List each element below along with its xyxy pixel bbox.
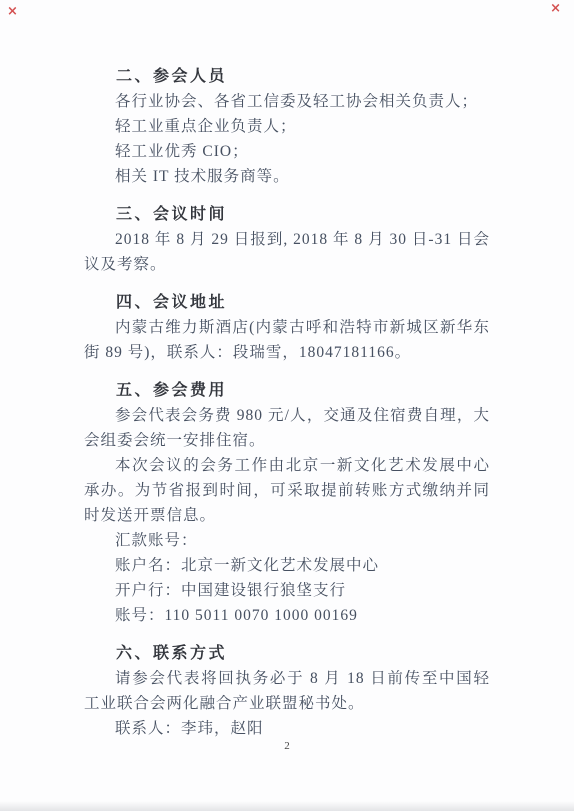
paragraph: 各行业协会、各省工信委及轻工协会相关负责人； (84, 89, 490, 114)
section-heading: 六、联系方式 (84, 641, 490, 666)
red-cross-mark-right: × (550, 2, 561, 15)
scan-shadow (0, 801, 574, 811)
section-heading: 三、会议时间 (84, 202, 490, 227)
paragraph: 开户行：中国建设银行狼垡支行 (84, 578, 490, 603)
paragraph: 本次会议的会务工作由北京一新文化艺术发展中心承办。为节省报到时间，可采取提前转账… (84, 453, 490, 528)
document-section: 三、会议时间2018 年 8 月 29 日报到, 2018 年 8 月 30 日… (84, 202, 490, 277)
document-body: 二、参会人员各行业协会、各省工信委及轻工协会相关负责人；轻工业重点企业负责人；轻… (84, 64, 490, 741)
section-heading: 五、参会费用 (84, 378, 490, 403)
paragraph: 参会代表会务费 980 元/人，交通及住宿费自理，大会组委会统一安排住宿。 (84, 403, 490, 453)
scanned-document-page: × × 二、参会人员各行业协会、各省工信委及轻工协会相关负责人；轻工业重点企业负… (0, 0, 574, 811)
paragraph: 汇款账号： (84, 528, 490, 553)
document-section: 二、参会人员各行业协会、各省工信委及轻工协会相关负责人；轻工业重点企业负责人；轻… (84, 64, 490, 189)
paragraph: 内蒙古维力斯酒店(内蒙古呼和浩特市新城区新华东街 89 号)，联系人：段瑞雪，1… (84, 315, 490, 365)
page-number: 2 (0, 740, 574, 752)
paragraph: 账户名：北京一新文化艺术发展中心 (84, 553, 490, 578)
section-heading: 二、参会人员 (84, 64, 490, 89)
paragraph: 联系人：李玮，赵阳 (84, 716, 490, 741)
paragraph: 2018 年 8 月 29 日报到, 2018 年 8 月 30 日-31 日会… (84, 227, 490, 277)
document-section: 六、联系方式请参会代表将回执务必于 8 月 18 日前传至中国轻工业联合会两化融… (84, 641, 490, 741)
paragraph: 请参会代表将回执务必于 8 月 18 日前传至中国轻工业联合会两化融合产业联盟秘… (84, 666, 490, 716)
section-heading: 四、会议地址 (84, 290, 490, 315)
paragraph: 相关 IT 技术服务商等。 (84, 164, 490, 189)
paragraph: 轻工业优秀 CIO； (84, 139, 490, 164)
paragraph: 轻工业重点企业负责人； (84, 114, 490, 139)
document-section: 五、参会费用参会代表会务费 980 元/人，交通及住宿费自理，大会组委会统一安排… (84, 378, 490, 628)
red-cross-mark-left: × (7, 5, 18, 18)
paragraph: 账号：110 5011 0070 1000 00169 (84, 603, 490, 628)
document-section: 四、会议地址内蒙古维力斯酒店(内蒙古呼和浩特市新城区新华东街 89 号)，联系人… (84, 290, 490, 365)
